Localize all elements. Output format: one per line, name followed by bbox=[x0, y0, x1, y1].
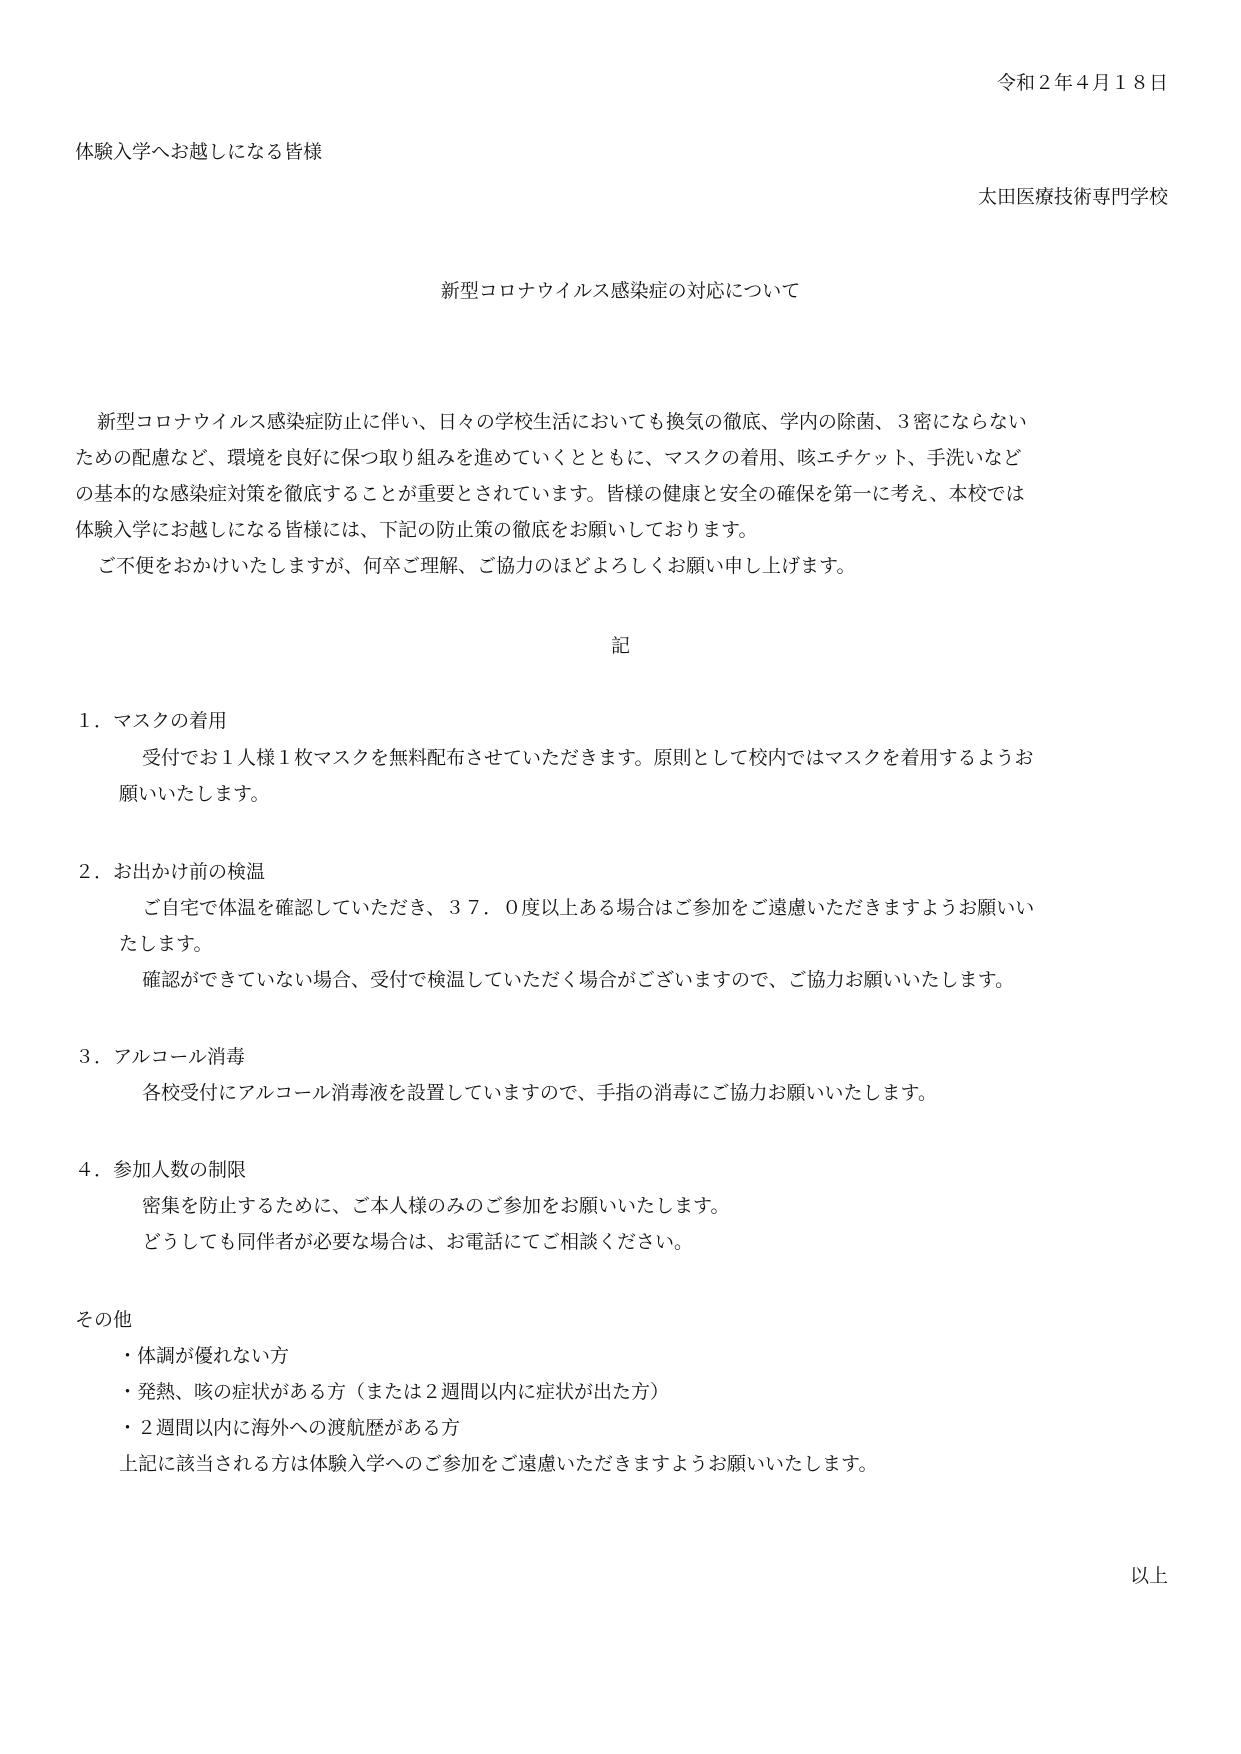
intro-line: 体験入学にお越しになる皆様には、下記の防止策の徹底をお願いしております。 bbox=[75, 521, 757, 540]
intro-line: ご不便をおかけいたしますが、何卒ご理解、ご協力のほどよろしくお願い申し上げます。 bbox=[97, 557, 855, 576]
intro-line: の基本的な感染症対策を徹底することが重要とされています。皆様の健康と安全の確保を… bbox=[75, 485, 1025, 504]
ki-marker: 記 bbox=[0, 637, 1241, 656]
other-heading: その他 bbox=[75, 1311, 132, 1330]
item-4-line: 密集を防止するために、ご本人様のみのご参加をお願いいたします。 bbox=[142, 1197, 729, 1216]
item-4-line: どうしても同伴者が必要な場合は、お電話にてご相談ください。 bbox=[142, 1233, 693, 1252]
item-2-line: ご自宅で体温を確認していただき、３７．０度以上ある場合はご参加をご遠慮いただきま… bbox=[142, 899, 1034, 918]
other-bullet: ・２週間以内に海外への渡航歴がある方 bbox=[118, 1419, 460, 1438]
item-2-line: 確認ができていない場合、受付で検温していただく場合がございますので、ご協力お願い… bbox=[142, 971, 1014, 990]
item-2-line: たします。 bbox=[119, 935, 212, 954]
item-3-heading: ３．アルコール消毒 bbox=[75, 1048, 245, 1067]
item-4-heading: ４．参加人数の制限 bbox=[75, 1161, 246, 1180]
recipient: 体験入学へお越しになる皆様 bbox=[75, 143, 322, 162]
other-bullet: ・発熱、咳の症状がある方（または２週間以内に症状が出た方） bbox=[118, 1383, 669, 1402]
item-1-line: 受付でお１人様１枚マスクを無料配布させていただきます。原則として校内ではマスクを… bbox=[142, 749, 1033, 768]
other-bullet: ・体調が優れない方 bbox=[118, 1347, 289, 1366]
item-2-heading: ２．お出かけ前の検温 bbox=[75, 863, 265, 882]
document-date: 令和２年４月１８日 bbox=[997, 74, 1168, 93]
item-3-line: 各校受付にアルコール消毒液を設置していますので、手指の消毒にご協力お願いいたしま… bbox=[142, 1084, 937, 1103]
sender: 太田医療技術専門学校 bbox=[978, 188, 1168, 207]
closing: 以上 bbox=[1130, 1567, 1168, 1586]
intro-line: ための配慮など、環境を良好に保つ取り組みを進めていくとともに、マスクの着用、咳エ… bbox=[75, 449, 1022, 468]
intro-line: 新型コロナウイルス感染症防止に伴い、日々の学校生活においても換気の徹底、学内の除… bbox=[97, 413, 1027, 432]
item-1-heading: １．マスクの着用 bbox=[75, 712, 227, 731]
item-1-line: 願いいたします。 bbox=[119, 785, 269, 804]
other-note: 上記に該当される方は体験入学へのご参加をご遠慮いただきますようお願いいたします。 bbox=[119, 1455, 877, 1474]
document-title: 新型コロナウイルス感染症の対応について bbox=[0, 282, 1241, 301]
